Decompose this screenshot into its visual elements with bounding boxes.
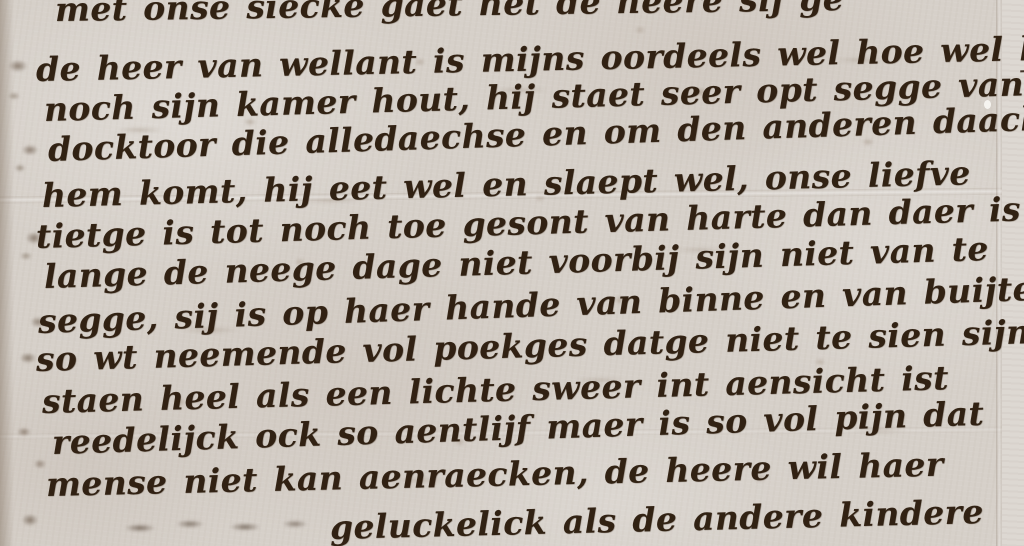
letter-page: met onse siecke gaet het de heere sij ge… <box>0 0 1024 546</box>
handwritten-line-13: geluckelick als de andere kindere <box>330 492 985 546</box>
handwritten-line-1: met onse siecke gaet het de heere sij ge <box>55 0 845 30</box>
letter-body: met onse siecke gaet het de heere sij ge… <box>0 0 1024 546</box>
